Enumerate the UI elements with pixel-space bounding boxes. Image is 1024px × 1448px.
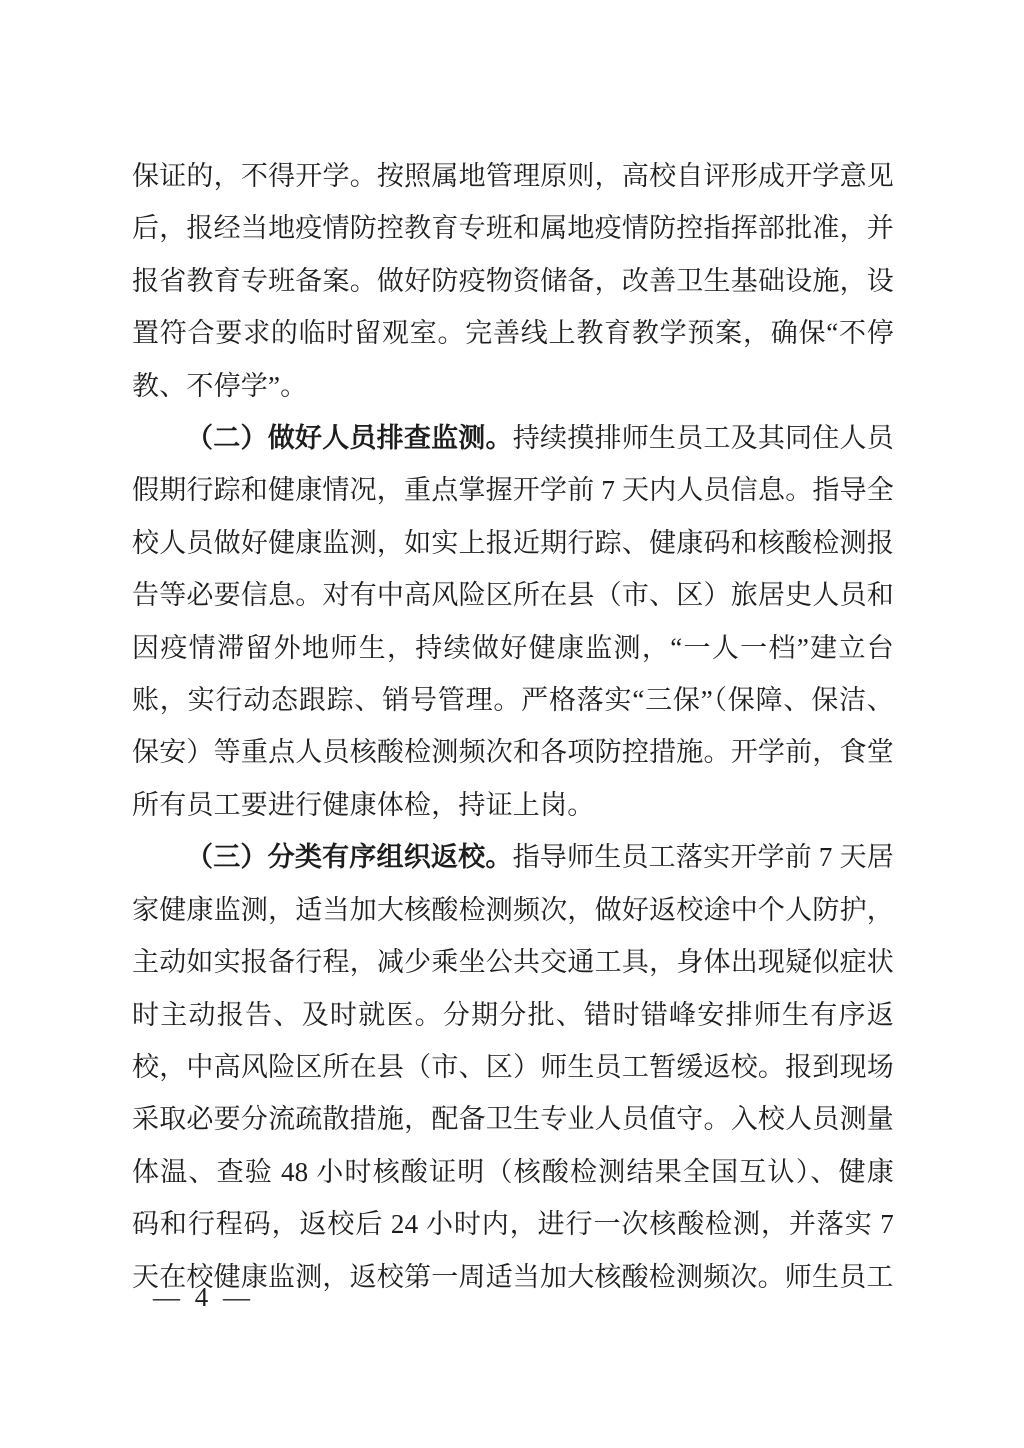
page-number: — 4 —: [153, 1282, 254, 1313]
section-3-body-text: 指导师生员工落实开学前 7 天居家健康监测，适当加大核酸检测频次，做好返校途中个…: [132, 842, 894, 1291]
document-text-block: 保证的，不得开学。按照属地管理原则，高校自评形成开学意见后，报经当地疫情防控教育…: [132, 150, 894, 1303]
paragraph-continuation: 保证的，不得开学。按照属地管理原则，高校自评形成开学意见后，报经当地疫情防控教育…: [132, 150, 894, 412]
paragraph-section-3: （三）分类有序组织返校。指导师生员工落实开学前 7 天居家健康监测，适当加大核酸…: [132, 831, 894, 1303]
section-2-body-text: 持续摸排师生员工及其同住人员假期行踪和健康情况，重点掌握开学前 7 天内人员信息…: [132, 423, 894, 820]
paragraph-section-2: （二）做好人员排查监测。持续摸排师生员工及其同住人员假期行踪和健康情况，重点掌握…: [132, 412, 894, 831]
section-3-heading: （三）分类有序组织返校。: [186, 842, 513, 872]
section-2-heading: （二）做好人员排查监测。: [186, 423, 513, 453]
document-page: 保证的，不得开学。按照属地管理原则，高校自评形成开学意见后，报经当地疫情防控教育…: [0, 0, 1024, 1448]
paragraph-text: 保证的，不得开学。按照属地管理原则，高校自评形成开学意见后，报经当地疫情防控教育…: [132, 161, 894, 401]
